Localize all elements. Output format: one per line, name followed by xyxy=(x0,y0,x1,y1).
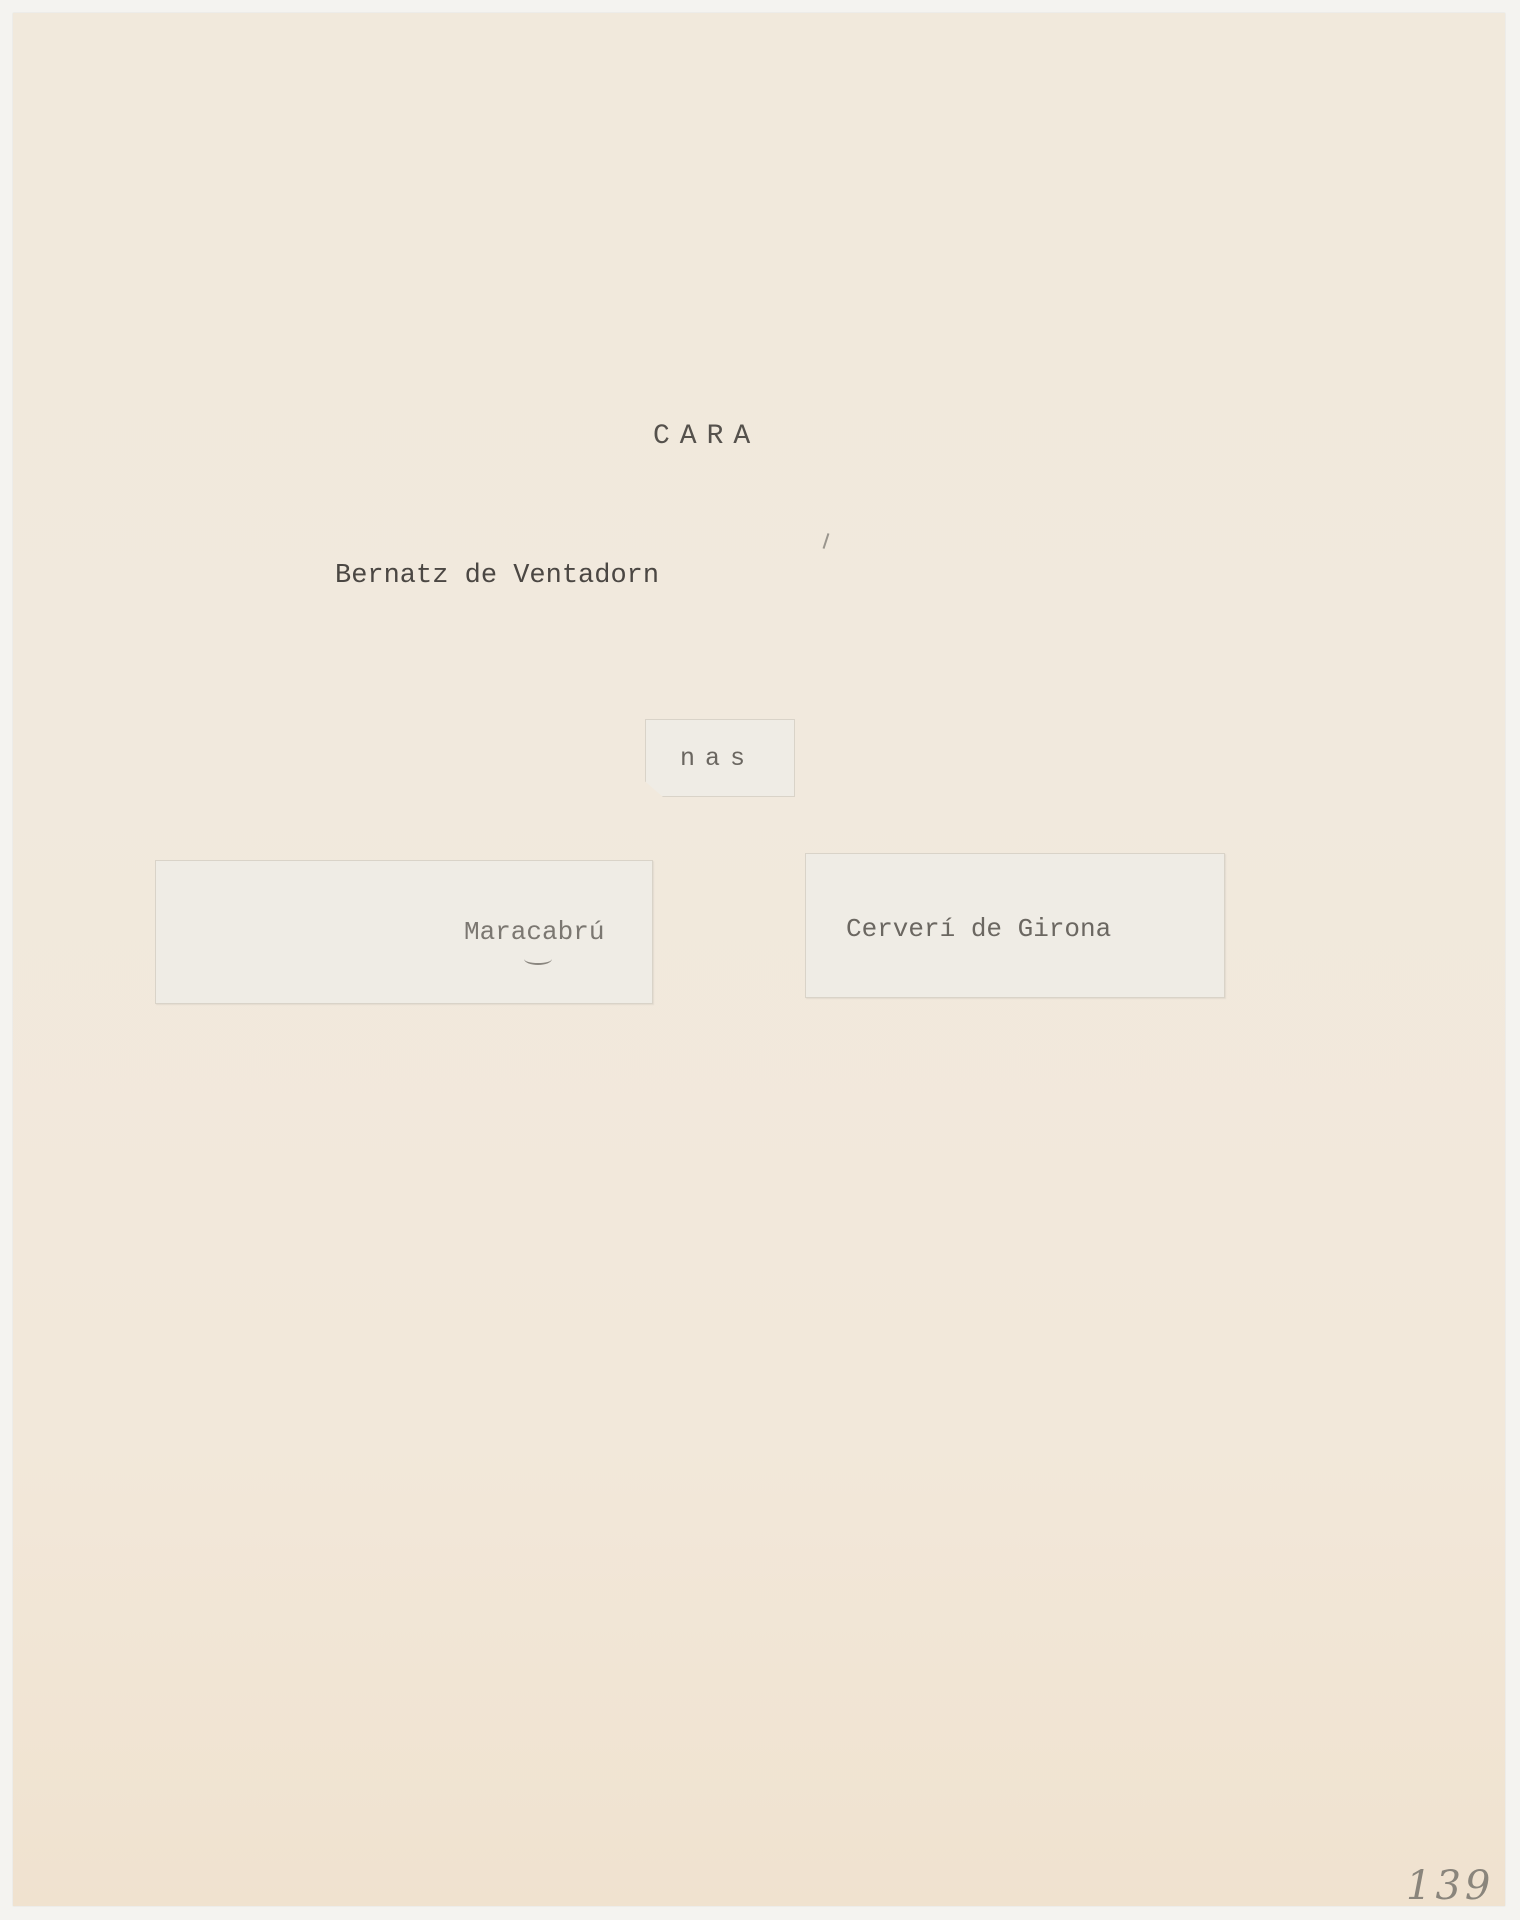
pasted-slip-cerveri: Cerverí de Girona xyxy=(805,853,1225,998)
page-title: CARA xyxy=(653,421,760,452)
pasted-slip-maracabru: Maracabrú xyxy=(155,860,653,1004)
paper-sheet: CARA Bernatz de Ventadorn nas Maracabrú … xyxy=(13,13,1505,1906)
pencil-mark xyxy=(823,533,830,549)
pencil-correction-mark xyxy=(524,953,552,965)
slip-text: nas xyxy=(680,744,755,773)
slip-text: Cerverí de Girona xyxy=(846,914,1111,944)
author-main: Bernatz de Ventadorn xyxy=(335,561,659,591)
pasted-slip-nas: nas xyxy=(645,719,795,797)
slip-text: Maracabrú xyxy=(464,917,604,947)
handwritten-page-number: 139 xyxy=(1406,1863,1494,1909)
